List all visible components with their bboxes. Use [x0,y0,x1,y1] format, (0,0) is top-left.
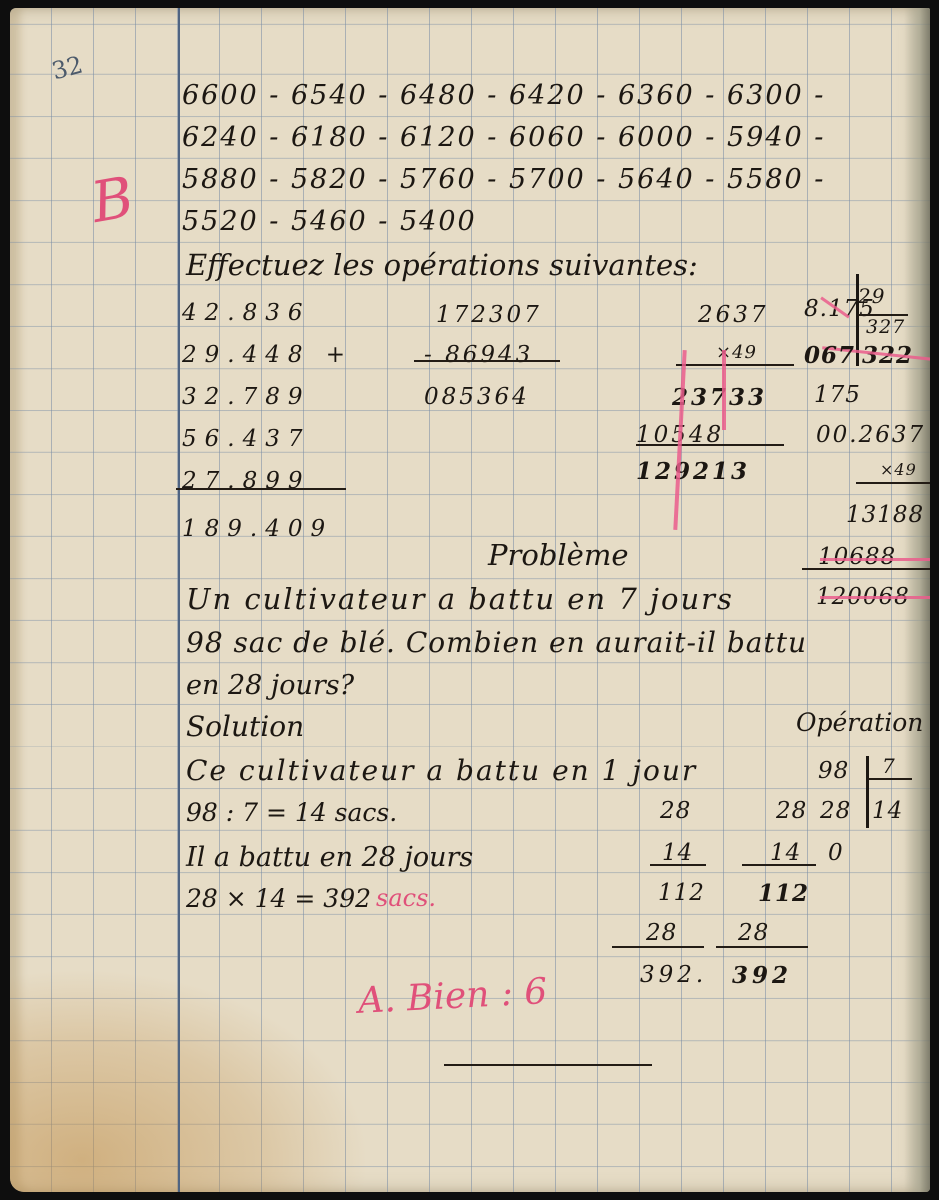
water-stain [10,968,370,1192]
division-check-partial-1: 13188 [846,502,924,528]
solution-line: Ce cultivateur a battu en 1 jour [186,754,697,787]
countdown-line: 5520 - 5460 - 5400 [182,206,477,237]
op-mult-b-result: 392 [732,962,792,989]
problem-statement-line: 98 sac de blé. Combien en aurait-il batt… [186,626,807,659]
division-step-2: 175 [814,382,861,408]
op-mult-b-line: 14 [770,840,801,866]
op-mult-a-result: 392. [640,962,707,988]
op-mult-b-line: 28 [738,920,769,946]
closing-rule [444,1064,652,1066]
problem-statement-line: Un cultivateur a battu en 7 jours [186,582,734,616]
notebook-page: 32 B 6600 - 6540 - 6480 - 6420 - 6360 - … [10,8,930,1192]
op-mult-b-result-rule [716,946,808,948]
op-mult-b-line: 28 [776,798,807,824]
op-division-divisor-rule [868,778,912,780]
solution-line: 98 : 7 = 14 sacs. [186,798,397,827]
op-division-divisor: 7 [882,754,896,778]
op-division-quotient: 14 [872,798,903,824]
exercise-heading: Effectuez les opérations suivantes: [186,248,698,282]
addition-term: 56.437 [182,418,353,460]
solution-unit-correction: sacs. [376,884,436,912]
addition-term: 32.789 [182,376,353,418]
countdown-line: 5880 - 5820 - 5760 - 5700 - 5640 - 5580 … [182,164,825,195]
addition-rule [176,488,346,490]
division-check-rule [856,482,930,484]
operation-title: Opération [796,708,923,737]
op-mult-a-result-rule [612,946,704,948]
subtraction-subtrahend: - 86943 [424,342,533,368]
division-check-result-rule [802,568,930,570]
solution-line: Il a battu en 28 jours [186,842,473,873]
subtraction-minuend: 172307 [436,302,542,328]
correction-stroke [820,596,930,599]
op-mult-b-rule [742,864,816,866]
correction-stroke [820,558,930,561]
mult-rule [676,364,794,366]
op-mult-a-line: 14 [662,840,693,866]
op-mult-a-line: 28 [660,798,691,824]
countdown-line: 6600 - 6540 - 6480 - 6420 - 6360 - 6300 … [182,80,825,111]
division-divisor: 29 [858,284,885,308]
problem-statement-line: en 28 jours? [186,670,354,701]
addition-term: 29.448 + [182,334,353,376]
margin-line [178,8,180,1192]
mult-result-rule [636,444,784,446]
subtraction-result: 085364 [424,384,530,410]
solution-title: Solution [186,710,304,743]
addition-column: 42.836 29.448 + 32.789 56.437 27.899 189… [182,292,353,550]
division-check-partial-2: 10688 [818,544,896,570]
division-quotient-crossed: 327 [866,316,905,338]
solution-line: 28 × 14 = 392 [186,884,371,913]
op-division-dividend: 98 [818,758,849,784]
mult-partial-1: 23733 [672,384,767,411]
division-step-3: 00.2637 [816,422,925,448]
op-division-step: 28 [820,798,851,824]
op-mult-a-line: 112 [658,880,705,906]
problem-title: Problème [488,538,629,572]
correction-stroke [722,350,726,430]
countdown-line: 6240 - 6180 - 6120 - 6060 - 6000 - 5940 … [182,122,825,153]
op-mult-a-line: 28 [646,920,677,946]
addition-result: 189.409 [182,508,353,550]
subtraction-rule [414,360,560,362]
mult-result: 129213 [636,458,750,485]
division-check-multiplier: ×49 [880,460,917,479]
mult-multiplicand: 2637 [698,302,769,328]
op-division-bar [866,756,869,828]
addition-term: 42.836 [182,292,353,334]
addition-term: 27.899 [182,460,353,502]
division-step-1: 067 [804,342,855,369]
op-division-remainder: 0 [828,840,844,866]
op-mult-a-rule [650,864,706,866]
op-mult-b-line: 112 [758,880,809,907]
